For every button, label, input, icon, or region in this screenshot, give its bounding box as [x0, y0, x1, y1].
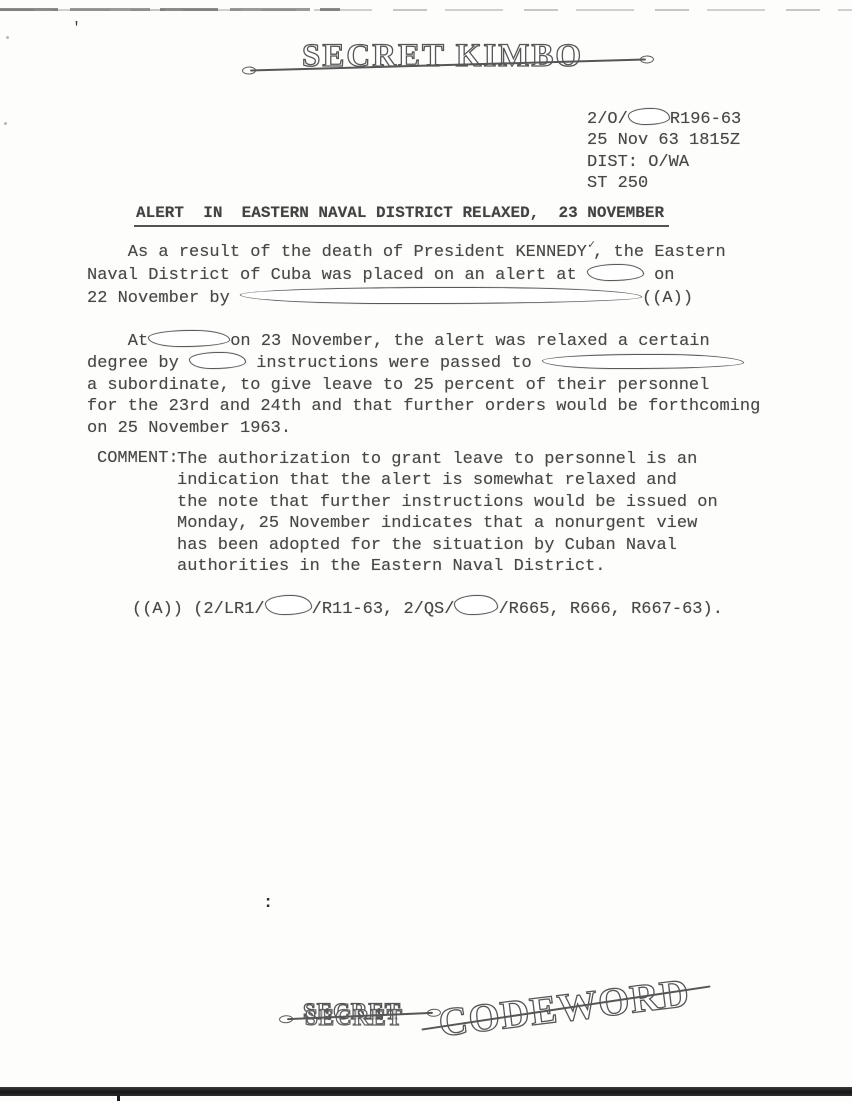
text-run: on	[644, 266, 675, 285]
typewritten-line: 25 Nov 63 1815Z	[587, 130, 741, 151]
typewritten-line: ((A)) (2/LR1//R11-63, 2/QS//R665, R666, …	[132, 595, 723, 620]
classification-stamp-bottom-secret: SECRET SECRET	[303, 1000, 401, 1023]
text-run: has been adopted for the situation by Cu…	[177, 536, 677, 555]
routing-header: 2/O/R196-6325 Nov 63 1815ZDIST: O/WAST 2…	[587, 108, 741, 195]
text-run: indication that the alert is somewhat re…	[177, 471, 677, 490]
document-title: ALERT IN EASTERN NAVAL DISTRICT RELAXED,…	[134, 204, 669, 227]
redaction-blob	[265, 595, 312, 615]
text-run: ((A)) (2/LR1/	[132, 600, 265, 619]
typewritten-line: a subordinate, to give leave to 25 perce…	[87, 375, 760, 396]
typewritten-line: DIST: O/WA	[587, 152, 741, 173]
text-run: /R11-63, 2/QS/	[312, 600, 455, 619]
scan-edge-notch	[117, 1095, 120, 1101]
scan-speck	[6, 36, 9, 39]
redaction-blob	[148, 330, 230, 347]
typewritten-line: Monday, 25 November indicates that a non…	[177, 513, 718, 534]
comment-label: COMMENT:	[97, 449, 179, 468]
text-run: 22 November by	[87, 289, 240, 308]
text-run: for the 23rd and 24th and that further o…	[87, 397, 760, 416]
redaction-blob	[240, 287, 642, 304]
typewritten-line: authorities in the Eastern Naval Distric…	[177, 556, 718, 577]
text-run: degree by	[87, 354, 189, 373]
redaction-blob	[189, 352, 246, 369]
classification-stamp-top: SECRET KIMBO	[302, 38, 583, 75]
text-run: a subordinate, to give leave to 25 perce…	[87, 376, 709, 395]
typewritten-line: on 25 November 1963.	[87, 418, 760, 439]
typewritten-line: As a result of the death of President KE…	[87, 242, 726, 264]
document-page: ' SECRET KIMBO 2/O/R196-6325 Nov 63 1815…	[0, 0, 852, 1102]
text-run: 25 Nov 63 1815Z	[587, 131, 740, 150]
typewritten-line: degree by instructions were passed to	[87, 352, 760, 374]
typewritten-line: Naval District of Cuba was placed on an …	[87, 264, 726, 286]
text-run: As a result of the death of President KE…	[87, 243, 587, 262]
typewritten-line: 22 November by ((A))	[87, 287, 726, 309]
document-title-text: ALERT IN EASTERN NAVAL DISTRICT RELAXED,…	[134, 204, 669, 227]
text-run: ST 250	[587, 174, 648, 193]
text-run: DIST: O/WA	[587, 153, 689, 172]
text-run: The authorization to grant leave to pers…	[177, 450, 697, 469]
text-run: R196-63	[670, 110, 741, 129]
text-run: on 25 November 1963.	[87, 419, 291, 438]
stray-colon-mark: :	[263, 894, 273, 913]
typewritten-line: indication that the alert is somewhat re…	[177, 470, 718, 491]
source-footnote: ((A)) (2/LR1//R11-63, 2/QS//R665, R666, …	[132, 595, 723, 620]
redaction-blob	[587, 264, 644, 281]
text-run: instructions were passed to	[246, 354, 542, 373]
comment-block: The authorization to grant leave to pers…	[177, 449, 718, 577]
text-run: Naval District of Cuba was placed on an …	[87, 266, 587, 285]
text-run: authorities in the Eastern Naval Distric…	[177, 557, 605, 576]
scan-edge-bar	[0, 1087, 852, 1096]
checkmark-annotation: ✓	[588, 235, 595, 256]
text-run: At	[87, 332, 148, 351]
text-run: ((A))	[642, 289, 693, 308]
stray-mark: '	[72, 20, 81, 37]
text-run: /R665, R666, R667-63).	[498, 600, 722, 619]
paragraph-2: Aton 23 November, the alert was relaxed …	[87, 330, 760, 439]
typewritten-line: the note that further instructions would…	[177, 492, 718, 513]
typewritten-line: Aton 23 November, the alert was relaxed …	[87, 330, 760, 352]
typewritten-line: ST 250	[587, 173, 741, 194]
text-run: Monday, 25 November indicates that a non…	[177, 514, 697, 533]
text-run: 2/O/	[587, 110, 628, 129]
paragraph-1: As a result of the death of President KE…	[87, 242, 726, 309]
redaction-blob	[454, 595, 498, 615]
redaction-blob	[542, 354, 744, 369]
typewritten-line: for the 23rd and 24th and that further o…	[87, 396, 760, 417]
typewritten-line: 2/O/R196-63	[587, 108, 741, 130]
typewritten-line: The authorization to grant leave to pers…	[177, 449, 718, 470]
text-run: , the Eastern	[593, 243, 726, 262]
scan-speck	[4, 122, 7, 125]
text-run: on 23 November, the alert was relaxed a …	[230, 332, 709, 351]
redaction-blob	[628, 108, 670, 125]
typewritten-line: has been adopted for the situation by Cu…	[177, 535, 718, 556]
text-run: the note that further instructions would…	[177, 493, 718, 512]
scan-noise-line-dark	[0, 8, 340, 11]
